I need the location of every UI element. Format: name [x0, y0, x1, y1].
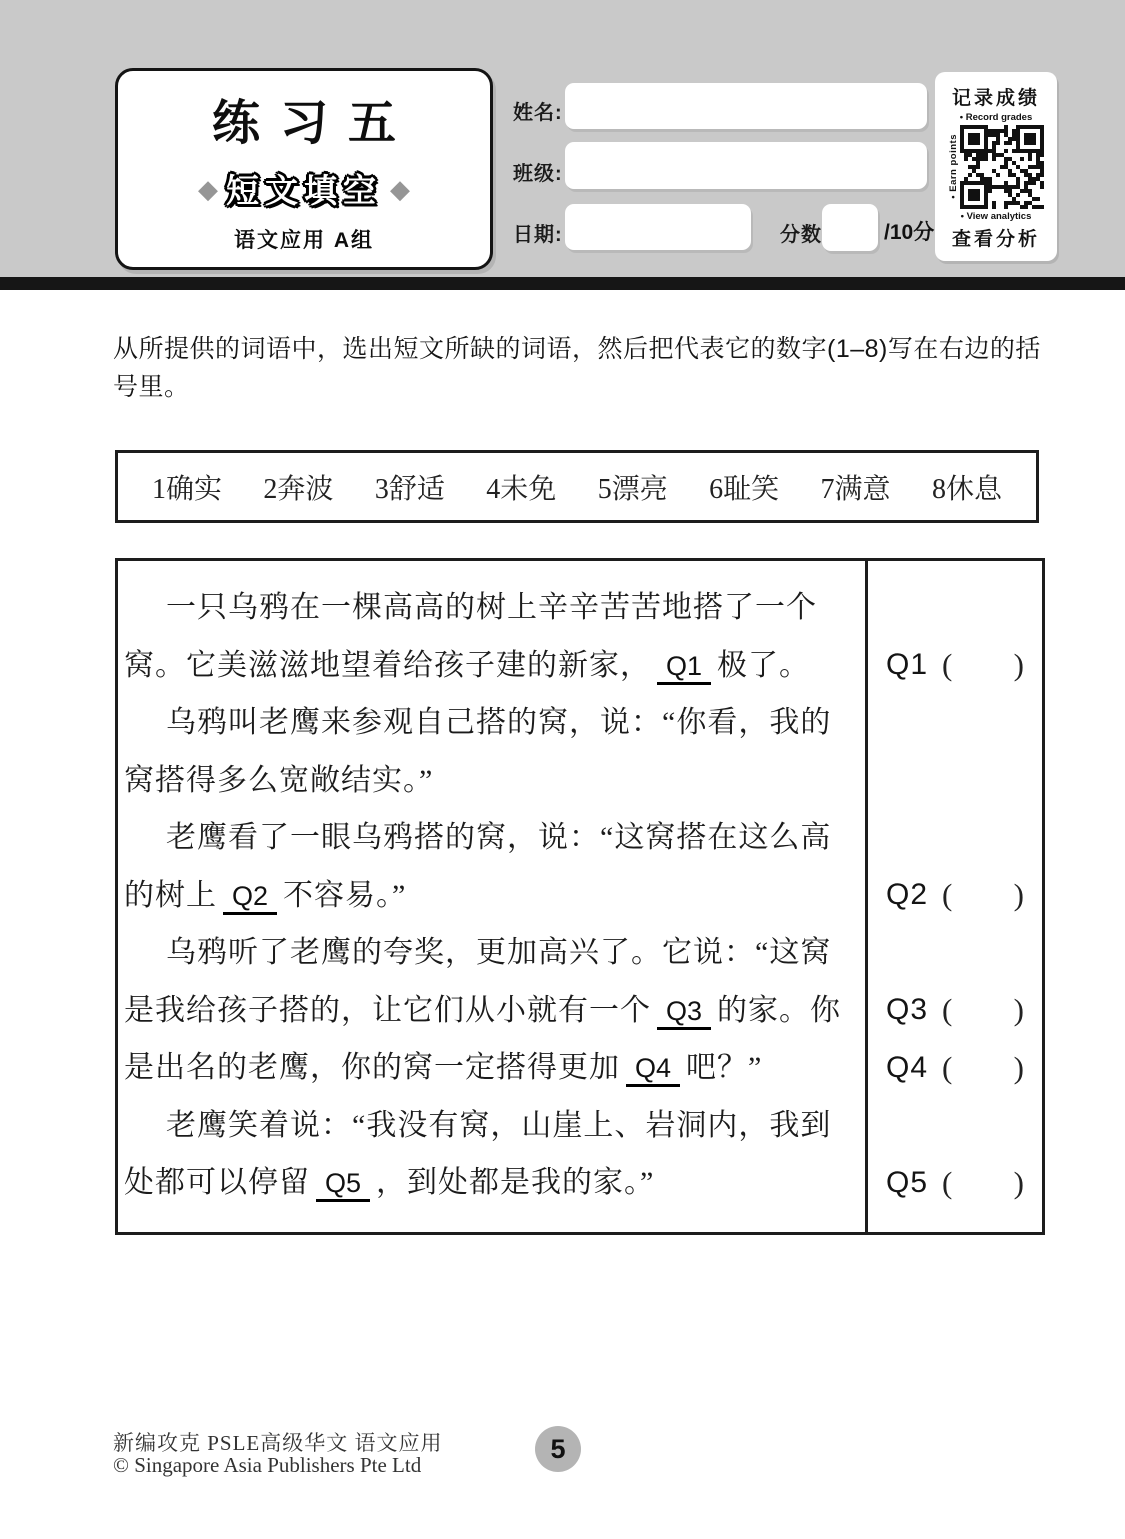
- answer-open-paren: (: [942, 1050, 952, 1086]
- word-bank-item: 3舒适: [375, 467, 445, 507]
- qr-record-grades-en: • Record grades: [960, 112, 1033, 123]
- answer-row-q3: Q3(): [868, 990, 1042, 1030]
- instructions-text: 从所提供的词语中，选出短文所缺的词语，然后把代表它的数字(1–8)写在右边的括号…: [113, 330, 1065, 406]
- diamond-icon-left: ◆: [198, 176, 218, 202]
- score-suffix: /10分: [884, 216, 934, 246]
- word-bank-item: 8休息: [932, 467, 1002, 507]
- passage-line: 处都可以停留Q5，到处都是我的家。”: [124, 1154, 857, 1212]
- answer-row-q1: Q1(): [868, 645, 1042, 685]
- passage-line: 老鹰看了一眼乌鸦搭的窝，说：“这窝搭在这么高: [124, 809, 857, 867]
- passage-line: 一只乌鸦在一棵高高的树上辛辛苦苦地搭了一个: [124, 579, 857, 637]
- answer-close-paren: ): [1014, 877, 1024, 913]
- score-input[interactable]: [822, 204, 878, 251]
- passage-box: 一只乌鸦在一棵高高的树上辛辛苦苦地搭了一个窝。它美滋滋地望着给孩子建的新家，Q1…: [115, 558, 1045, 1235]
- divider-bar: [0, 277, 1125, 290]
- answer-row-q2: Q2(): [868, 875, 1042, 915]
- worksheet-page: 练习五 ◆ 短文填空 ◆ 语文应用 A组 姓名: 班级: 日期: 分数: /10…: [0, 0, 1125, 1539]
- class-label: 班级:: [513, 157, 563, 186]
- passage-text: 一只乌鸦在一棵高高的树上辛辛苦苦地搭了一个窝。它美滋滋地望着给孩子建的新家，Q1…: [118, 561, 865, 1232]
- word-bank-item: 1确实: [152, 467, 222, 507]
- passage-blank-q2: Q2: [223, 881, 277, 915]
- answer-label: Q3: [886, 993, 928, 1027]
- footer-copyright: © Singapore Asia Publishers Pte Ltd: [113, 1453, 421, 1478]
- answers-column: Q1()Q2()Q3()Q4()Q5(): [865, 561, 1042, 1232]
- answer-close-paren: ): [1014, 647, 1024, 683]
- word-bank-item: 7满意: [821, 467, 891, 507]
- answer-label: Q2: [886, 878, 928, 912]
- passage-line: 是出名的老鹰，你的窝一定搭得更加Q4吧？”: [124, 1039, 857, 1097]
- qr-record-grades-cn: 记录成绩: [952, 83, 1040, 110]
- diamond-icon-right: ◆: [390, 176, 410, 202]
- word-bank-item: 2奔波: [263, 467, 333, 507]
- word-bank-item: 4未免: [486, 467, 556, 507]
- passage-line: 老鹰笑着说：“我没有窝，山崖上、岩洞内，我到: [124, 1097, 857, 1155]
- answer-open-paren: (: [942, 877, 952, 913]
- class-input[interactable]: [565, 142, 927, 189]
- answer-label: Q5: [886, 1166, 928, 1200]
- date-label: 日期:: [513, 218, 563, 247]
- answer-row-q4: Q4(): [868, 1048, 1042, 1088]
- answer-open-paren: (: [942, 647, 952, 683]
- qr-view-analytics-cn: 查看分析: [952, 224, 1040, 251]
- answer-open-paren: (: [942, 992, 952, 1028]
- exercise-title-box: 练习五 ◆ 短文填空 ◆ 语文应用 A组: [115, 68, 493, 270]
- page-number-badge: 5: [535, 1426, 581, 1472]
- word-bank-box: 1确实2奔波3舒适4未免5漂亮6耻笑7满意8休息: [115, 450, 1039, 523]
- qr-earn-points-en: • Earn points: [948, 134, 959, 199]
- passage-line: 的树上Q2不容易。”: [124, 867, 857, 925]
- passage-line: 窝。它美滋滋地望着给孩子建的新家，Q1极了。: [124, 637, 857, 695]
- answer-close-paren: ): [1014, 1165, 1024, 1201]
- word-bank-item: 6耻笑: [709, 467, 779, 507]
- header-band: 练习五 ◆ 短文填空 ◆ 语文应用 A组 姓名: 班级: 日期: 分数: /10…: [0, 0, 1125, 277]
- exercise-subtitle: 短文填空: [226, 165, 382, 212]
- passage-line: 是我给孩子搭的，让它们从小就有一个Q3的家。你: [124, 982, 857, 1040]
- answer-label: Q1: [886, 648, 928, 682]
- date-input[interactable]: [565, 204, 751, 250]
- answer-open-paren: (: [942, 1165, 952, 1201]
- word-bank-item: 5漂亮: [598, 467, 668, 507]
- qr-panel: 记录成绩 • Record grades • Earn points • Vie…: [935, 72, 1057, 261]
- answer-close-paren: ): [1014, 992, 1024, 1028]
- name-label: 姓名:: [513, 96, 563, 125]
- answer-close-paren: ): [1014, 1050, 1024, 1086]
- passage-blank-q3: Q3: [657, 996, 711, 1030]
- qr-code: [960, 125, 1044, 209]
- qr-view-analytics-en: • View analytics: [961, 211, 1032, 222]
- page-number: 5: [550, 1434, 565, 1465]
- passage-line: 乌鸦叫老鹰来参观自己搭的窝，说：“你看，我的: [124, 694, 857, 752]
- passage-blank-q1: Q1: [657, 651, 711, 685]
- exercise-subtitle-row: ◆ 短文填空 ◆: [198, 165, 410, 212]
- passage-line: 乌鸦听了老鹰的夸奖，更加高兴了。它说：“这窝: [124, 924, 857, 982]
- passage-blank-q5: Q5: [316, 1168, 370, 1202]
- exercise-title: 练习五: [192, 84, 416, 153]
- name-input[interactable]: [565, 83, 927, 129]
- answer-row-q5: Q5(): [868, 1163, 1042, 1203]
- passage-blank-q4: Q4: [626, 1053, 680, 1087]
- exercise-group-label: 语文应用 A组: [234, 224, 374, 254]
- passage-line: 窝搭得多么宽敞结实。”: [124, 752, 857, 810]
- answer-label: Q4: [886, 1051, 928, 1085]
- qr-middle-row: • Earn points: [948, 125, 1044, 209]
